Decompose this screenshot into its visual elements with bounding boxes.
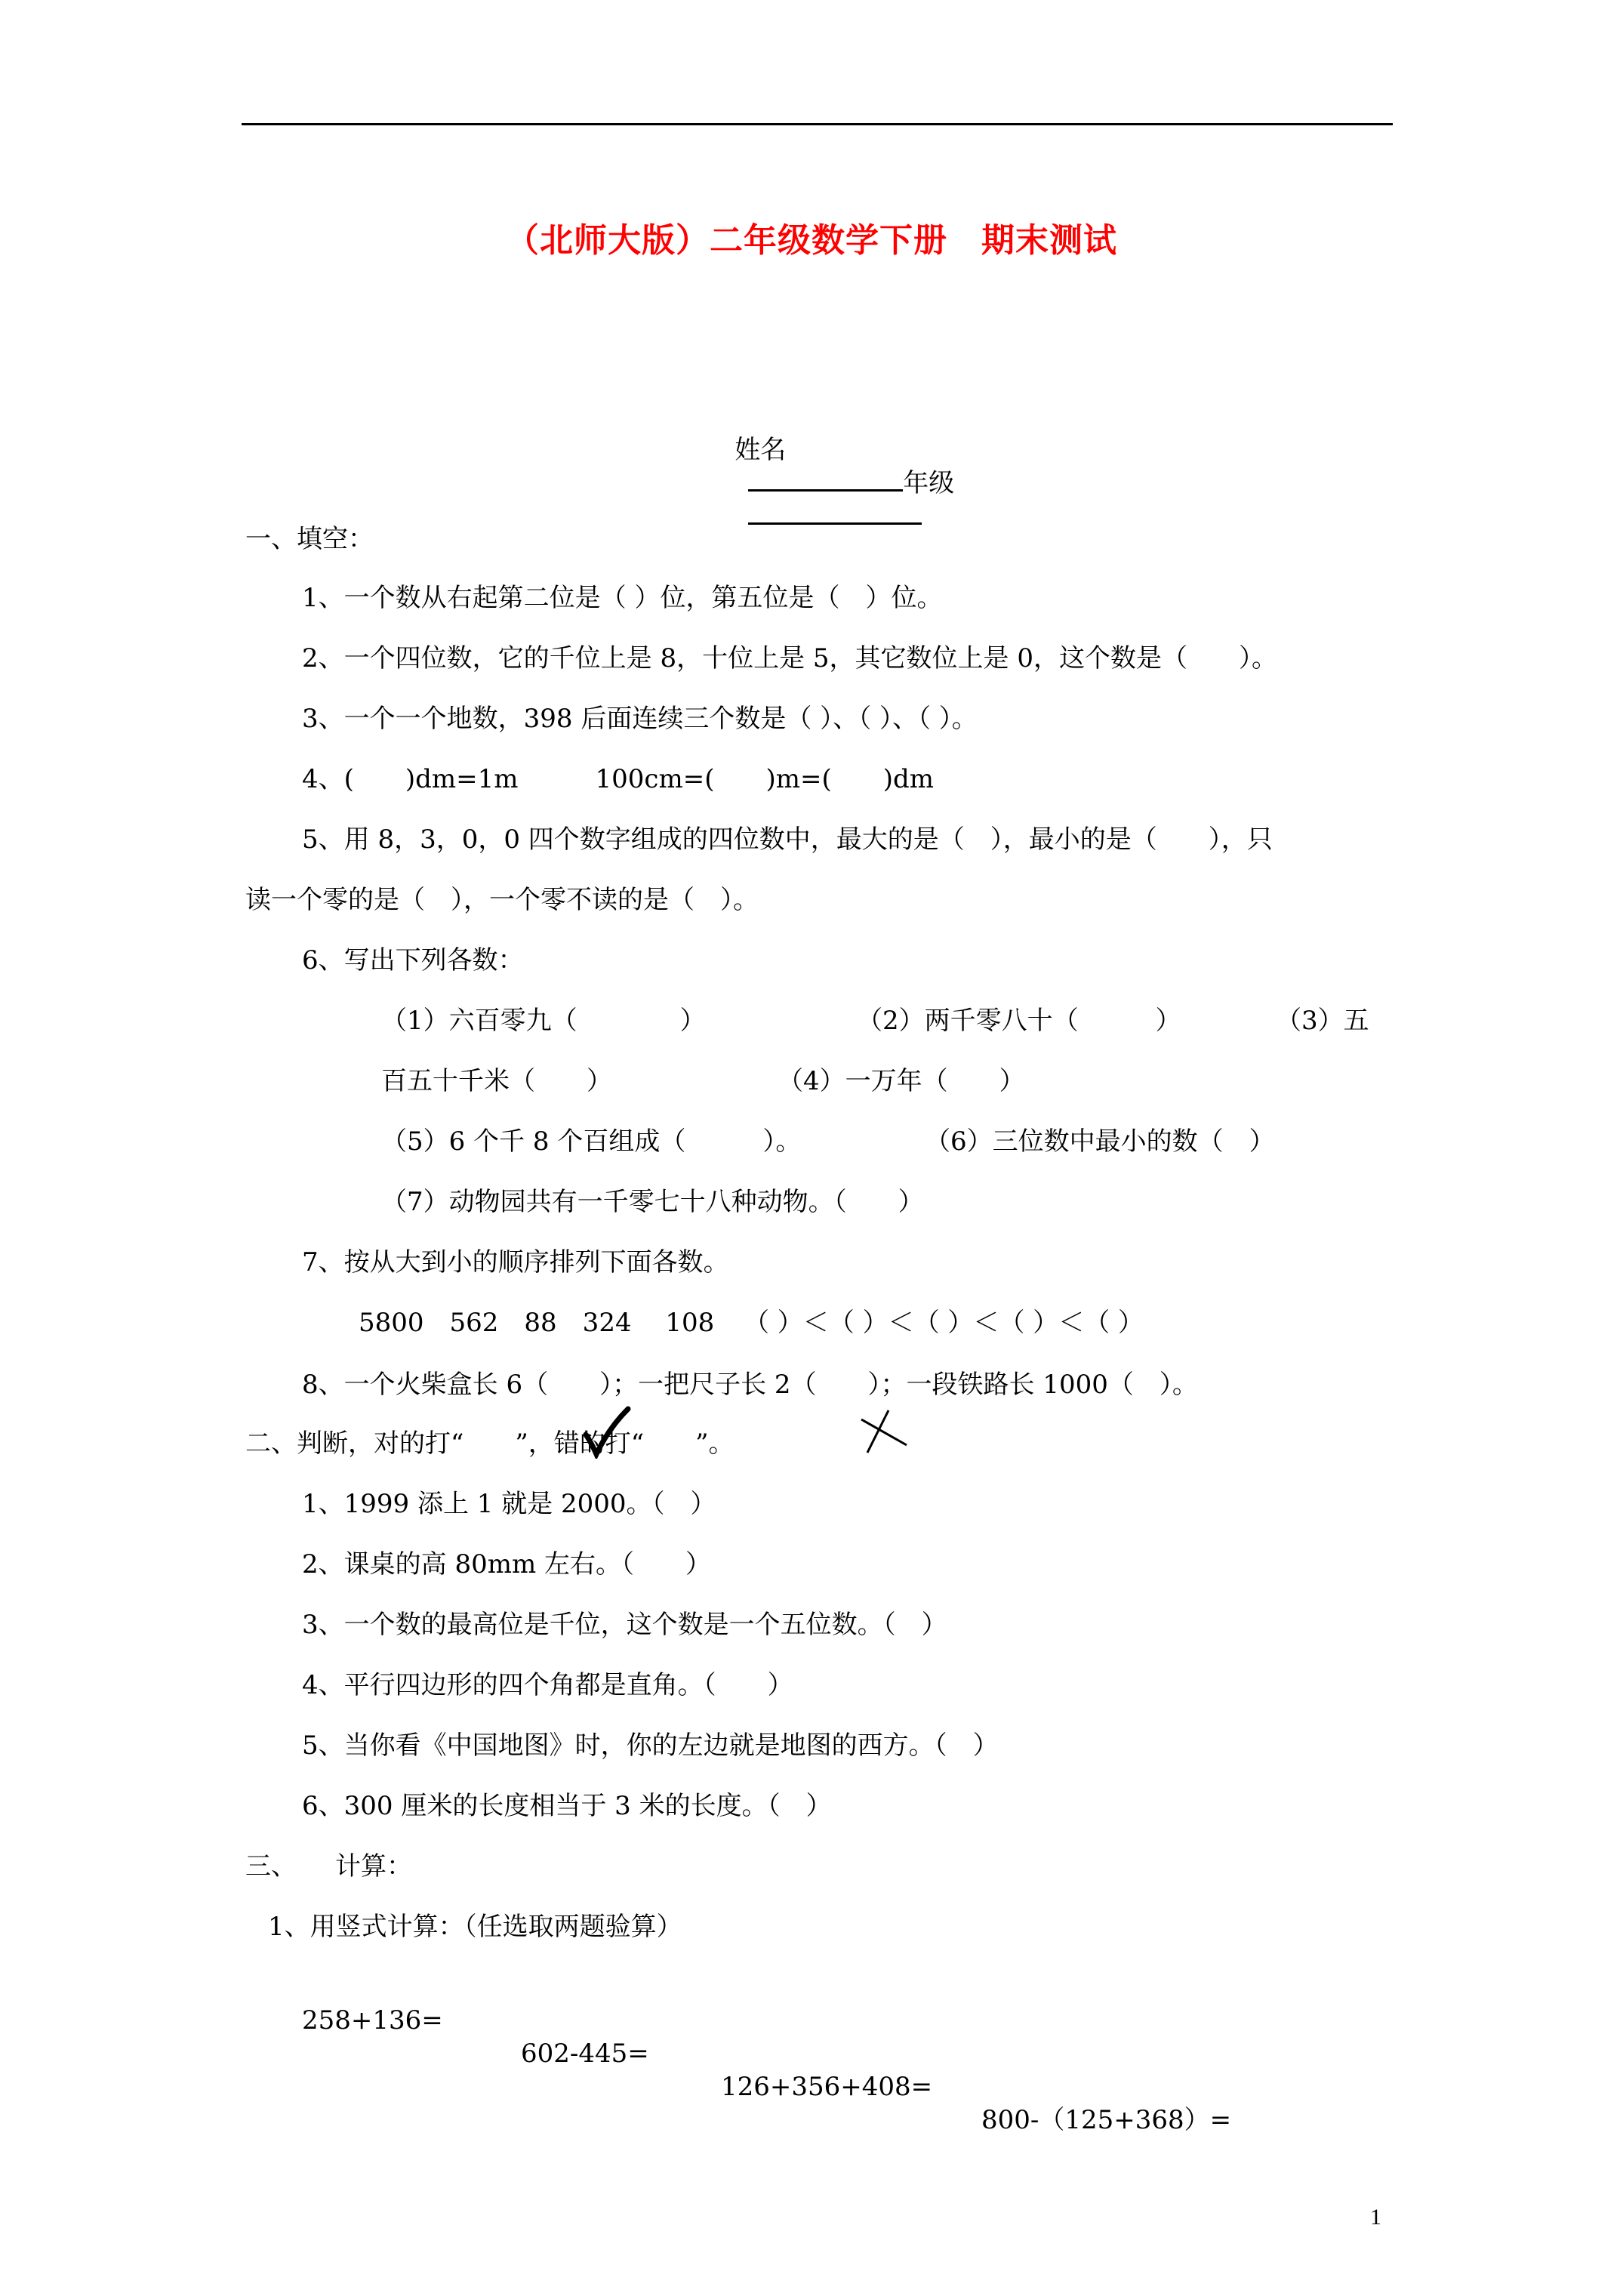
judge-item-5: 5、当你看《中国地图》时，你的左边就是地图的西方。（ ） [302, 1729, 999, 1762]
question-1-5-line2: 读一个零的是（ ），一个零不读的是（ ）。 [245, 883, 759, 917]
cross-mark-icon [857, 1409, 910, 1454]
q6-item-1: （1）六百零九（ ） [381, 1004, 706, 1037]
question-1-3: 3、一个一个地数，398 后面连续三个数是（ ）、（ ）、（ ）。 [302, 702, 978, 735]
calc-problem-3: 126+356+408= [721, 2070, 932, 2103]
q6-item-3-part1: （3）五 [1276, 1004, 1369, 1037]
exam-title: （北师大版）二年级数学下册 期末测试 [0, 213, 1623, 261]
question-1-7: 7、按从大到小的顺序排列下面各数。 [302, 1246, 729, 1279]
check-mark-icon [581, 1406, 634, 1459]
name-label: 姓名 [735, 435, 786, 465]
section2-heading: 二、判断，对的打“ ”，错的打“ ”。 [245, 1427, 735, 1460]
q6-item-2: （2）两千零八十（ ） [857, 1004, 1181, 1037]
grade-field[interactable] [748, 518, 922, 525]
judge-item-6: 6、300 厘米的长度相当于 3 米的长度。（ ） [302, 1789, 832, 1823]
calc-problems: 258+136= 602-445= 126+356+408= 800-（125+… [0, 1971, 32, 2170]
student-info: 姓名 年级 [702, 400, 954, 566]
calc-problem-2: 602-445= [521, 2037, 649, 2070]
page-number: 1 [1370, 2205, 1381, 2230]
section3-heading: 三、 计算： [245, 1850, 412, 1883]
judge-item-2: 2、课桌的高 80mm 左右。（ ） [302, 1548, 711, 1581]
q6-item-3-part2: 百五十千米（ ） [381, 1065, 612, 1098]
name-field[interactable] [748, 485, 903, 492]
q6-item-4: （4）一万年（ ） [778, 1065, 1025, 1098]
header-rule [242, 123, 1393, 125]
question-1-5-line1: 5、用 8，3，0，0 四个数字组成的四位数中，最大的是（ ），最小的是（ ），… [302, 823, 1273, 856]
question-1-4: 4、( )dm=1m 100cm=( )m=( )dm [302, 763, 934, 796]
question-1-6: 6、写出下列各数： [302, 944, 524, 977]
q6-item-7: （7）动物园共有一千零七十八种动物。（ ） [381, 1185, 924, 1219]
judge-item-3: 3、一个数的最高位是千位，这个数是一个五位数。（ ） [302, 1608, 947, 1641]
grade-label: 年级 [903, 468, 954, 498]
judge-item-4: 4、平行四边形的四个角都是直角。（ ） [302, 1669, 793, 1702]
q6-item-5: （5）6 个千 8 个百组成（ ）。 [381, 1125, 801, 1158]
section1-heading: 一、填空： [245, 522, 374, 556]
q6-item-6: （6）三位数中最小的数（ ） [925, 1125, 1275, 1158]
exam-page: （北师大版）二年级数学下册 期末测试 姓名 年级 一、填空： 1、一个数从右起第… [0, 0, 1623, 2296]
question-1-8: 8、一个火柴盒长 6（ ）；一把尺子长 2（ ）；一段铁路长 1000（ ）。 [302, 1368, 1198, 1401]
question-1-1: 1、一个数从右起第二位是（ ）位，第五位是（ ）位。 [302, 581, 942, 615]
question-1-2: 2、一个四位数，它的千位上是 8，十位上是 5，其它数位上是 0，这个数是（ ）… [302, 642, 1277, 675]
judge-item-1: 1、1999 添上 1 就是 2000。（ ） [302, 1487, 716, 1521]
q7-answer-slots: （ ）＜（ ）＜（ ）＜（ ）＜（ ） [744, 1306, 1144, 1339]
calc-instruction: 1、用竖式计算：（任选取两题验算） [268, 1910, 682, 1943]
calc-problem-4: 800-（125+368）= [981, 2103, 1231, 2137]
calc-problem-1: 258+136= [302, 2004, 443, 2037]
q7-numbers: 5800 562 88 324 108 [359, 1306, 714, 1339]
